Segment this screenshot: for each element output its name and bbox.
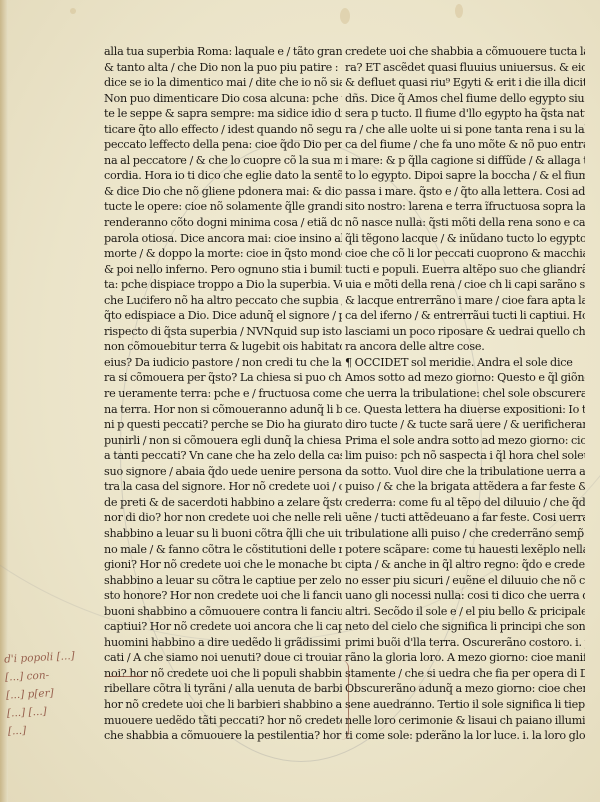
text-line: tucte le opere: cioe nõ solamente q̃lle … (104, 199, 342, 215)
foxing-stain (340, 8, 350, 24)
text-line: uano gli nocessi nulla: cosi ti dico che… (345, 588, 585, 604)
text-line: ca del iferno / & entrerrãui tucti li ca… (345, 308, 585, 324)
text-line: sera p tucto. Il fiume d'llo egypto ha q… (345, 106, 585, 122)
text-line: diro tucte / & tucte sarã uere / & uerif… (345, 417, 585, 433)
text-line: ti come sole: pderãno la lor luce. i. la… (345, 728, 585, 744)
text-line: a tanti peccati? Vn cane che ha zelo del… (104, 448, 342, 464)
text-line: da sotto. Vuol dire che la tribulatione … (345, 464, 585, 480)
text-line: huomini habbino a dire uedẽdo li grãdiss… (104, 635, 342, 651)
text-line: dice se io la dimentico mai / dite che i… (104, 75, 342, 91)
text-line: sito nostro: larena e terra ĩfructuosa s… (345, 199, 585, 215)
text-line: ra ancora delle altre cose. (345, 339, 585, 355)
text-line: noi? hor nõ credete uoi che li populi sh… (104, 666, 342, 682)
text-line: ni p questi peccati? perche se Dio ha gi… (104, 417, 342, 433)
text-line: shabbino a leuar su cõtra le captiue per… (104, 573, 342, 589)
text-line: eius? Da iudicio pastore / non credi tu … (104, 355, 342, 371)
text-line: ticare q̃to allo effecto / idest quando … (104, 122, 342, 138)
text-line: Obscurerãno adunq̃ a mezo giorno: cioe c… (345, 681, 585, 697)
text-line: neto del cielo che significa li principi… (345, 619, 585, 635)
text-line: non cõmouebitur terra & lugebit ois habi… (104, 339, 342, 355)
text-line: alla tua superbia Roma: laquale e / tãto… (104, 44, 342, 60)
text-line: peccato leffecto della pena: cioe q̃do D… (104, 137, 342, 153)
text-line: sto honore? Hor non credete uoi che li f… (104, 588, 342, 604)
text-line: uẽne / tucti attẽdeuano a far feste. Cos… (345, 510, 585, 526)
text-line: che Lucifero nõ ha altro peccato che sup… (104, 293, 342, 309)
text-line: dñs. Dice q̃ Amos chel fiume dello egypt… (345, 91, 585, 107)
text-line: nelle loro cerimonie & lisaui ch paiano … (345, 713, 585, 729)
text-line: ca del fiume / che fa uno mõte & nõ puo … (345, 137, 585, 153)
text-line: punirli / non si cõmouera egli dunq̃ la … (104, 433, 342, 449)
text-line: stamente / che si uedra che fia per oper… (345, 666, 585, 682)
foxing-stain (455, 4, 463, 18)
text-line: captiui? Hor nõ credete uoi ancora che l… (104, 619, 342, 635)
text-line: shabbino a leuar su li buoni cõtra q̃lli… (104, 526, 342, 542)
text-line: no male / & fanno cõtra le cõstitutioni … (104, 542, 342, 558)
text-line: muouere uedẽdo tãti peccati? hor nõ cred… (104, 713, 342, 729)
text-line: altri. Secõdo il sole e / el piu bello &… (345, 604, 585, 620)
text-line: cordia. Hora io ti dico che eglie dato l… (104, 168, 342, 184)
text-line: ¶ OCCIDET sol meridie. Andra el sole dic… (345, 355, 585, 371)
text-line: suo signore / abaia q̃do uede uenire per… (104, 464, 342, 480)
text-line: ra? ET ascẽdet quasi fluuius uniuersus. … (345, 60, 585, 76)
handwritten-underline (106, 676, 144, 677)
text-line: hor nõ credete uoi che li barbieri shabb… (104, 697, 342, 713)
text-line: potere scãpare: come tu hauesti lexẽplo … (345, 542, 585, 558)
text-line: ta: pche dispiace troppo a Dio la superb… (104, 277, 342, 293)
text-column-right: credete uoi che shabbia a cõmuouere tuct… (345, 44, 585, 744)
text-line: & poi nello inferno. Pero ognuno stia i … (104, 262, 342, 278)
text-line: Amos sotto ad mezo giorno: Questo e q̃l … (345, 370, 585, 386)
text-line: & defluet quasi riu⁹ Egyti & erit i die … (345, 75, 585, 91)
text-line: rãno la gloria loro. A mezo giorno: cioe… (345, 650, 585, 666)
text-line: i mare: & p q̃lla cagione si diffũde / &… (345, 153, 585, 169)
text-line: de preti & de sacerdoti habbino a zelare… (104, 495, 342, 511)
text-line: ra / che alle uolte ui si pone tanta ren… (345, 122, 585, 138)
text-line: tribulatione alli puiso / che crederrãno… (345, 526, 585, 542)
text-line: & dice Dio che nõ gliene pdonera mai: & … (104, 184, 342, 200)
manuscript-page: alla tua superbia Roma: laquale e / tãto… (0, 0, 600, 802)
handwritten-bracket (338, 660, 349, 740)
text-line: & tanto alta / che Dio non la puo piu pa… (104, 60, 342, 76)
text-line: lim puiso: pch nõ saspecta i q̃l hora ch… (345, 448, 585, 464)
text-line: puiso / & che la brigata attẽdera a far … (345, 479, 585, 495)
text-line: te le seppe & sapra sempre: ma sidice id… (104, 106, 342, 122)
text-column-left: alla tua superbia Roma: laquale e / tãto… (104, 44, 342, 744)
text-line: ra si cõmouera per q̃sto? La chiesa si p… (104, 370, 342, 386)
text-line: cati / A che siamo noi uenuti? doue ci t… (104, 650, 342, 666)
text-line: no esser piu sicuri / euẽne el diluuio c… (345, 573, 585, 589)
text-line: crederra: come fu al tẽpo del diluuio / … (345, 495, 585, 511)
text-line: cioe che cõ li lor peccati cuoprono & ma… (345, 246, 585, 262)
text-line: & lacque entrerrãno i mare / cioe fara a… (345, 293, 585, 309)
text-line: Prima el sole andra sotto ad mezo giorno… (345, 433, 585, 449)
text-line: ce. Questa lettera ha diuerse exposition… (345, 402, 585, 418)
text-line: che uerra la tribulatione: chel sole obs… (345, 386, 585, 402)
annotation-line: [...] (7, 717, 108, 740)
text-line: passa i mare. q̃sto e / q̃to alla letter… (345, 184, 585, 200)
text-line: tucti e populi. Euerra altẽpo suo che gl… (345, 262, 585, 278)
text-line: q̃li tẽgono lacque / & inũdano tucto lo … (345, 231, 585, 247)
text-line: re ueramente terra: pche e / fructuosa c… (104, 386, 342, 402)
text-line: buoni shabbino a cõmuouere contra li fan… (104, 604, 342, 620)
text-line: morte / & doppo la morte: cioe in q̃sto … (104, 246, 342, 262)
text-line: tra la casa del signore. Hor nõ credete … (104, 479, 342, 495)
text-line: sene auedranno. Tertio il sole significa… (345, 697, 585, 713)
text-line: parola otiosa. Dice ancora mai: cioe ins… (104, 231, 342, 247)
text-line: na terra. Hor non si cõmoueranno adunq̃ … (104, 402, 342, 418)
text-line: q̃to edispiace a Dio. Dice adunq̃ el sig… (104, 308, 342, 324)
text-line: to lo egypto. Dipoi sapre la boccha / & … (345, 168, 585, 184)
text-line: rispecto di q̃sta superbia / NVNquid sup… (104, 324, 342, 340)
text-line: nõ nasce nulla: q̃sti mõti della rena so… (345, 215, 585, 231)
text-line: credete uoi che shabbia a cõmuouere tuct… (345, 44, 585, 60)
text-line: ribellare cõtra li tyrãni / alla uenuta … (104, 681, 342, 697)
text-line: che shabbia a cõmuouere la pestilentia? … (104, 728, 342, 744)
text-line: gioni? Hor nõ credete uoi che le monache… (104, 557, 342, 573)
text-line: lasciami un poco riposare & uedrai quell… (345, 324, 585, 340)
text-line: uia e mõti della rena / cioe ch li capi … (345, 277, 585, 293)
text-line: primi buõi d'lla terra. Oscurerãno costo… (345, 635, 585, 651)
text-line: nor di dio? hor non credete uoi che nell… (104, 510, 342, 526)
text-line: renderanno cõto dogni minima cosa / etiã… (104, 215, 342, 231)
foxing-stain (70, 8, 76, 14)
text-line: na al peccatore / & che lo cuopre cõ la … (104, 153, 342, 169)
text-line: cipta / & anche in q̃l altro regno: q̃do… (345, 557, 585, 573)
text-line: Non puo dimenticare Dio cosa alcuna: pch… (104, 91, 342, 107)
marginal-annotation: d'i popoli [...][...] con-[...] p[er][..… (4, 645, 109, 740)
